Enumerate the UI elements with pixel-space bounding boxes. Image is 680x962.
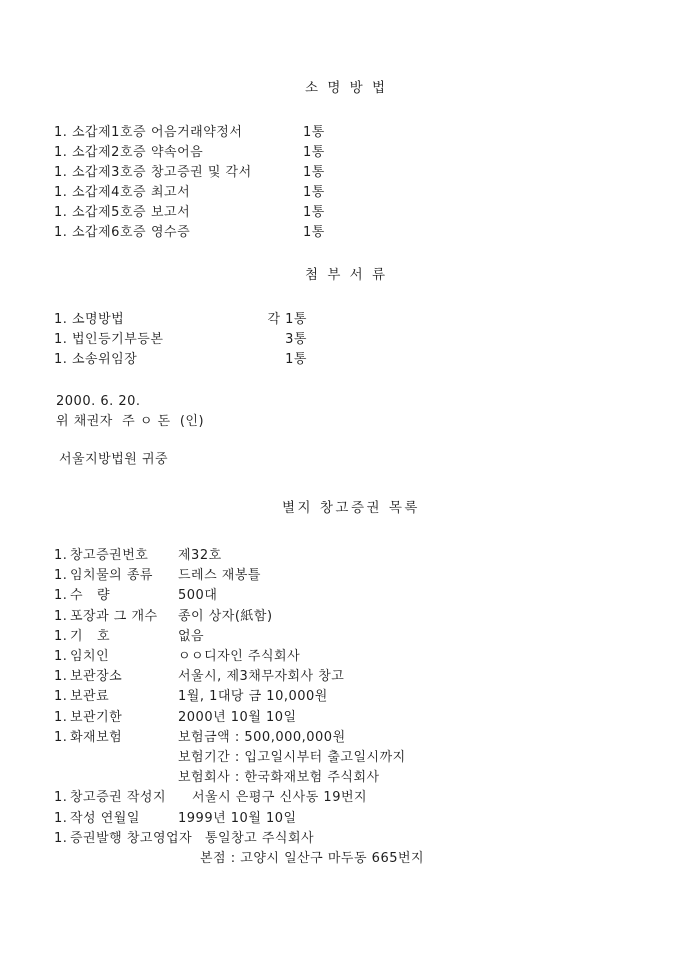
copy-count: 1통 bbox=[303, 144, 325, 162]
exhibit-label: 소갑제5호증 bbox=[72, 204, 146, 222]
item-number: 1. bbox=[54, 628, 67, 646]
section-title-proof-method: 소 명 방 법 bbox=[305, 79, 388, 97]
evidence-row: 1. 소갑제5호증 보고서 1통 bbox=[0, 204, 680, 224]
evidence-row: 1. 소갑제2호증 약속어음 1통 bbox=[0, 144, 680, 164]
document-page: 소 명 방 법 1. 소갑제1호증 어음거래약정서 1통 1. 소갑제2호증 약… bbox=[0, 0, 680, 962]
section-title-attachments: 첨 부 서 류 bbox=[305, 266, 388, 284]
field-label: 기 호 bbox=[70, 628, 110, 646]
item-number: 1. bbox=[54, 648, 67, 666]
filing-date: 2000. 6. 20. bbox=[56, 393, 141, 411]
field-label: 임치인 bbox=[70, 648, 109, 666]
item-number: 1. bbox=[54, 830, 67, 848]
item-number: 1. bbox=[54, 124, 67, 142]
item-number: 1. bbox=[54, 224, 67, 242]
field-label: 창고증권 작성지 bbox=[70, 789, 166, 807]
field-label: 포장과 그 개수 bbox=[70, 608, 158, 626]
field-value: 보험회사 : 한국화재보험 주식회사 bbox=[178, 769, 380, 787]
warehouse-row: 1. 창고증권번호 제32호 bbox=[0, 547, 680, 567]
copy-count: 3통 bbox=[205, 331, 307, 349]
item-number: 1. bbox=[54, 547, 67, 565]
item-number: 1. bbox=[54, 204, 67, 222]
item-number: 1. bbox=[54, 567, 67, 585]
attachment-row: 1. 법인등기부등본 3통 bbox=[0, 331, 680, 351]
copy-count: 각 1통 bbox=[205, 311, 307, 329]
item-number: 1. bbox=[54, 608, 67, 626]
warehouse-row: 1. 포장과 그 개수 종이 상자(紙함) bbox=[0, 608, 680, 628]
evidence-row: 1. 소갑제4호증 최고서 1통 bbox=[0, 184, 680, 204]
item-number: 1. bbox=[54, 688, 67, 706]
field-value: 서울시, 제3채무자회사 창고 bbox=[178, 668, 344, 686]
field-label: 증권발행 창고영업자 bbox=[70, 830, 192, 848]
document-name: 어음거래약정서 bbox=[151, 124, 242, 142]
attachment-name: 소명방법 bbox=[72, 311, 124, 329]
warehouse-row: 1. 기 호 없음 bbox=[0, 628, 680, 648]
exhibit-label: 소갑제3호증 bbox=[72, 164, 146, 182]
item-number: 1. bbox=[54, 351, 67, 369]
field-label: 창고증권번호 bbox=[70, 547, 148, 565]
warehouse-row: 1. 화재보험 보험금액 : 500,000,000원 bbox=[0, 729, 680, 749]
exhibit-label: 소갑제1호증 bbox=[72, 124, 146, 142]
field-value: 종이 상자(紙함) bbox=[178, 608, 273, 626]
attachment-name: 법인등기부등본 bbox=[72, 331, 163, 349]
field-label: 보관장소 bbox=[70, 668, 122, 686]
field-label: 보관기한 bbox=[70, 709, 122, 727]
warehouse-row: 1. 수 량 500대 bbox=[0, 587, 680, 607]
field-value: 드레스 재봉틀 bbox=[178, 567, 261, 585]
field-value: 서울시 은평구 신사동 19번지 bbox=[192, 789, 367, 807]
document-name: 약속어음 bbox=[151, 144, 203, 162]
item-number: 1. bbox=[54, 164, 67, 182]
section-title-warehouse-receipt-list: 별지 창고증권 목록 bbox=[282, 499, 420, 517]
exhibit-label: 소갑제4호증 bbox=[72, 184, 146, 202]
warehouse-row: 1. 임치물의 종류 드레스 재봉틀 bbox=[0, 567, 680, 587]
item-number: 1. bbox=[54, 709, 67, 727]
field-value: 보험기간 : 입고일시부터 출고일시까지 bbox=[178, 749, 406, 767]
field-label: 화재보험 bbox=[70, 729, 122, 747]
warehouse-row-continuation: 보험회사 : 한국화재보험 주식회사 bbox=[0, 769, 680, 789]
field-value: 본점 : 고양시 일산구 마두동 665번지 bbox=[200, 850, 424, 868]
warehouse-row: 1. 작성 연월일 1999년 10월 10일 bbox=[0, 810, 680, 830]
warehouse-row: 1. 증권발행 창고영업자 통일창고 주식회사 bbox=[0, 830, 680, 850]
creditor-signature-line: 위 채권자 주 ㅇ 돈 (인) bbox=[56, 413, 204, 431]
field-value: 통일창고 주식회사 bbox=[205, 830, 314, 848]
item-number: 1. bbox=[54, 789, 67, 807]
attachment-name: 소송위임장 bbox=[72, 351, 137, 369]
item-number: 1. bbox=[54, 311, 67, 329]
copy-count: 1통 bbox=[303, 164, 325, 182]
attachment-row: 1. 소명방법 각 1통 bbox=[0, 311, 680, 331]
copy-count: 1통 bbox=[303, 124, 325, 142]
field-value: 없음 bbox=[178, 628, 204, 646]
field-label: 수 량 bbox=[70, 587, 110, 605]
warehouse-row: 1. 보관장소 서울시, 제3채무자회사 창고 bbox=[0, 668, 680, 688]
document-name: 최고서 bbox=[151, 184, 190, 202]
warehouse-row: 1. 임치인 ㅇㅇ디자인 주식회사 bbox=[0, 648, 680, 668]
evidence-row: 1. 소갑제6호증 영수증 1통 bbox=[0, 224, 680, 244]
document-name: 보고서 bbox=[151, 204, 190, 222]
exhibit-label: 소갑제6호증 bbox=[72, 224, 146, 242]
item-number: 1. bbox=[54, 729, 67, 747]
document-name: 창고증권 및 각서 bbox=[151, 164, 252, 182]
field-label: 임치물의 종류 bbox=[70, 567, 153, 585]
item-number: 1. bbox=[54, 184, 67, 202]
item-number: 1. bbox=[54, 331, 67, 349]
copy-count: 1통 bbox=[303, 224, 325, 242]
court-address-line: 서울지방법원 귀중 bbox=[59, 451, 168, 469]
field-value: 보험금액 : 500,000,000원 bbox=[178, 729, 346, 747]
item-number: 1. bbox=[54, 144, 67, 162]
field-value: 1999년 10월 10일 bbox=[178, 810, 297, 828]
copy-count: 1통 bbox=[205, 351, 307, 369]
item-number: 1. bbox=[54, 668, 67, 686]
item-number: 1. bbox=[54, 587, 67, 605]
copy-count: 1통 bbox=[303, 184, 325, 202]
copy-count: 1통 bbox=[303, 204, 325, 222]
warehouse-row: 1. 창고증권 작성지 서울시 은평구 신사동 19번지 bbox=[0, 789, 680, 809]
document-name: 영수증 bbox=[151, 224, 190, 242]
field-label: 보관료 bbox=[70, 688, 109, 706]
field-value: 500대 bbox=[178, 587, 217, 605]
field-value: 제32호 bbox=[178, 547, 222, 565]
warehouse-row: 1. 보관료 1월, 1대당 금 10,000원 bbox=[0, 688, 680, 708]
field-label: 작성 연월일 bbox=[70, 810, 140, 828]
evidence-row: 1. 소갑제1호증 어음거래약정서 1통 bbox=[0, 124, 680, 144]
attachment-row: 1. 소송위임장 1통 bbox=[0, 351, 680, 371]
evidence-row: 1. 소갑제3호증 창고증권 및 각서 1통 bbox=[0, 164, 680, 184]
warehouse-row-continuation: 본점 : 고양시 일산구 마두동 665번지 bbox=[0, 850, 680, 870]
field-value: ㅇㅇ디자인 주식회사 bbox=[178, 648, 300, 666]
item-number: 1. bbox=[54, 810, 67, 828]
exhibit-label: 소갑제2호증 bbox=[72, 144, 146, 162]
field-value: 1월, 1대당 금 10,000원 bbox=[178, 688, 328, 706]
warehouse-row-continuation: 보험기간 : 입고일시부터 출고일시까지 bbox=[0, 749, 680, 769]
warehouse-row: 1. 보관기한 2000년 10월 10일 bbox=[0, 709, 680, 729]
field-value: 2000년 10월 10일 bbox=[178, 709, 297, 727]
